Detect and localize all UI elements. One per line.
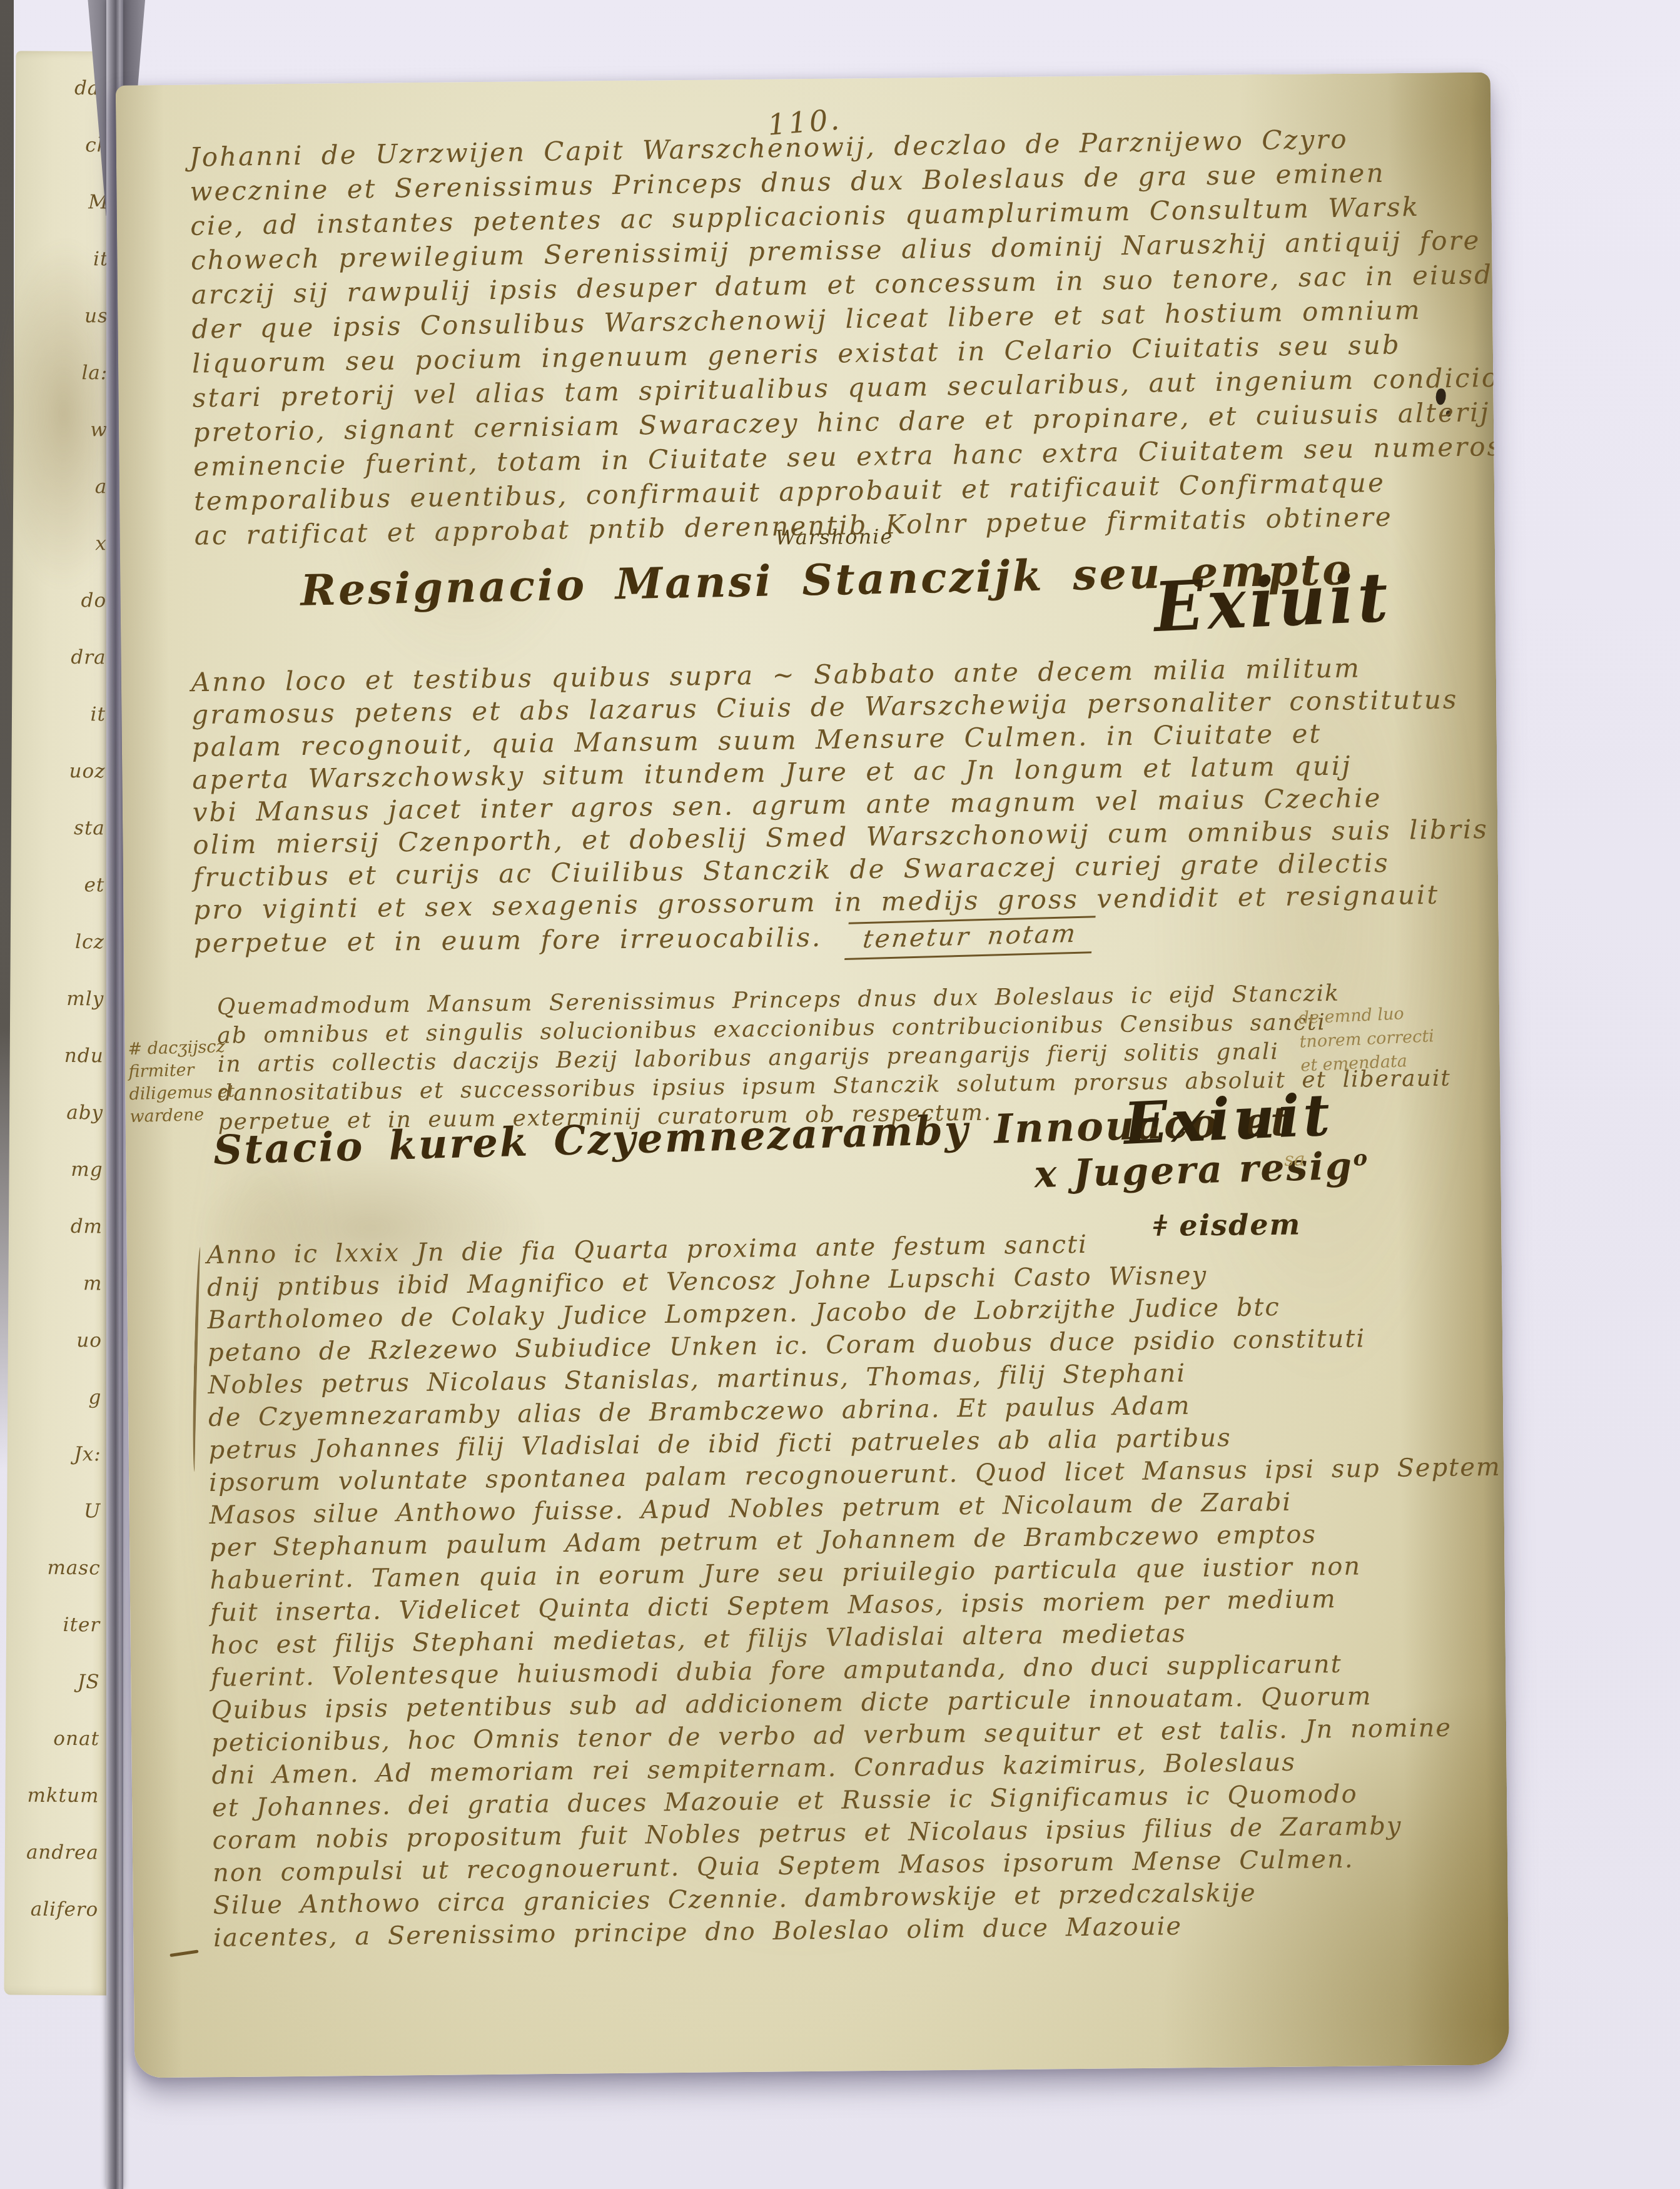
heading1-gloss: Warshonie (776, 525, 894, 550)
margin-note-right: de emnd luotnorem correctiet emendata (1298, 998, 1489, 1078)
fragment: uo (29, 1312, 103, 1370)
fragment: do (34, 572, 107, 630)
heading2-tail-text: x Jugera resig (1034, 1144, 1354, 1196)
fragment: iter (28, 1597, 101, 1654)
fragment: sta (33, 800, 106, 857)
fragment: dm (30, 1198, 103, 1256)
fragment: andrea (26, 1824, 99, 1882)
entry4-text: Anno ic lxxix Jn die fia Quarta proxima … (206, 1226, 1505, 1954)
fragment: ck (36, 117, 109, 174)
fragment: w (35, 402, 108, 459)
stray-mark: sa (1284, 1148, 1305, 1170)
fragment: aby (31, 1084, 104, 1142)
fragment: masc (28, 1540, 101, 1597)
fragment: it (36, 231, 109, 288)
entry2-text: Anno loco et testibus quibus supra ~ Sab… (191, 653, 1490, 926)
manuscript-photo: darckMitusla:waxdodraituozstaetlczmlyndu… (0, 0, 1680, 2189)
boxed-note: tenetur notam (844, 916, 1095, 960)
heading2-tail-sup: o (1353, 1146, 1370, 1171)
fragment: lcz (32, 914, 105, 971)
fragment: U (28, 1483, 101, 1540)
fragment: a (34, 458, 108, 516)
fragment: onat (27, 1711, 100, 1768)
fragment: alifero (26, 1881, 99, 1939)
entry1-text: Johanni de Uzrzwijen Capit Warszchenowij… (189, 121, 1509, 553)
fragment: M (36, 174, 109, 231)
fragment: uoz (33, 743, 106, 801)
fragment: mly (31, 971, 104, 1028)
fragment: x (34, 515, 107, 573)
fragment: la: (35, 345, 108, 402)
fragment: us (36, 288, 109, 345)
previous-page-text-fragments: darckMitusla:waxdodraituozstaetlczmlyndu… (26, 60, 109, 1939)
fragment: mktum (26, 1767, 99, 1825)
fragment: JS (27, 1654, 100, 1711)
fragment: m (29, 1255, 103, 1313)
margin-dash (170, 1949, 198, 1957)
heading1-status: Exiuit (1152, 556, 1393, 647)
fragment: it (33, 686, 106, 744)
previous-page-edge: darckMitusla:waxdodraituozstaetlczmlyndu… (4, 51, 124, 1996)
manuscript-line: perpetue et in euum fore irreuocabilis. (194, 922, 822, 959)
fragment: mg (30, 1141, 103, 1199)
fragment: Jx: (29, 1426, 102, 1484)
fragment: ndu (31, 1028, 104, 1085)
heading2-tail: x Jugera resigo (1034, 1144, 1370, 1196)
fragment: et (32, 857, 105, 914)
fragment: dra (33, 629, 106, 687)
manuscript-page: 110. Johanni de Uzrzwijen Capit Warszche… (116, 73, 1509, 2078)
fragment: g (29, 1369, 102, 1427)
